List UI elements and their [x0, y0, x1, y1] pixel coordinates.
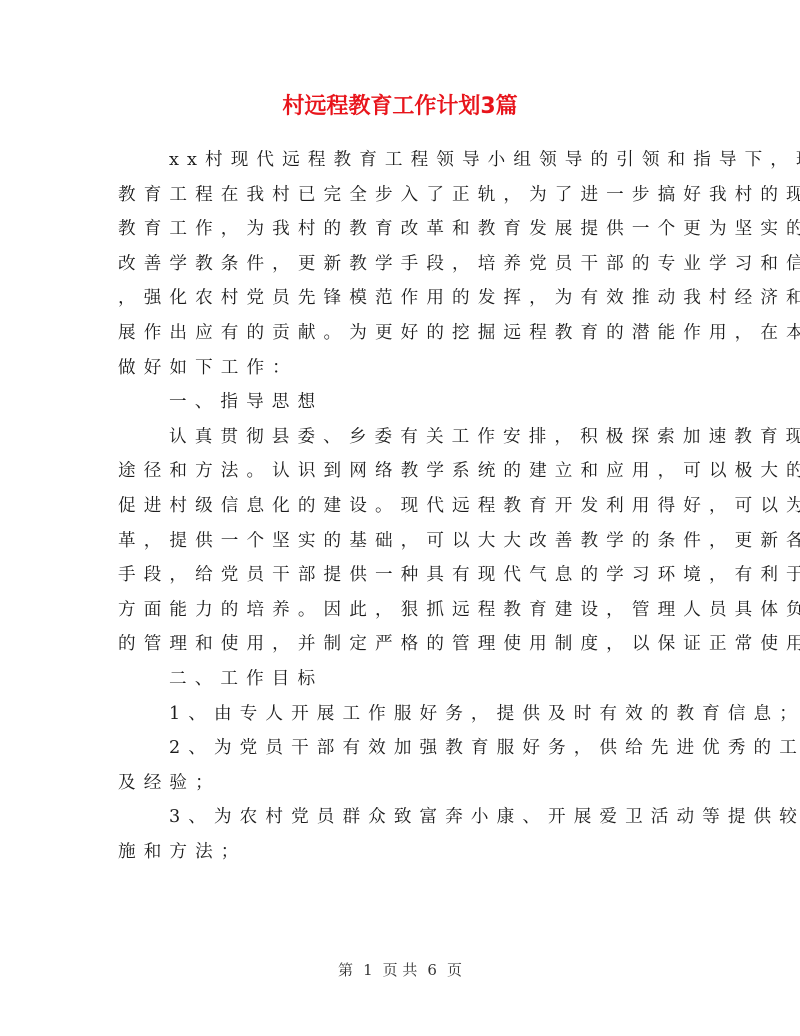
paragraph-line: 手段，给党员干部提供一种具有现代气息的学习环境，有利于党员各 — [118, 558, 688, 593]
list-item: 2、为党员干部有效加强教育服好务，供给先进优秀的工作方法阿 — [118, 731, 688, 766]
paragraph-line: 途径和方法。认识到网络教学系统的建立和应用，可以极大的刺激和 — [118, 454, 688, 489]
paragraph-line: 方面能力的培养。因此，狠抓远程教育建设，管理人员具体负责设备 — [118, 593, 688, 628]
paragraph-line: 的管理和使用，并制定严格的管理使用制度，以保证正常使用。 — [118, 627, 688, 662]
list-item-continuation: 及经验； — [118, 766, 688, 801]
section-heading: 一、指导思想 — [118, 385, 688, 420]
paragraph-line: 做好如下工作： — [118, 351, 688, 386]
paragraph-line: xx村现代远程教育工程领导小组领导的引领和指导下，现代远程 — [118, 143, 688, 178]
page-label-prefix: 第 — [338, 961, 353, 979]
page-footer: 第1页 共6页 — [0, 959, 800, 980]
total-pages-number: 6 — [427, 961, 437, 979]
paragraph-line: 教育工程在我村已完全步入了正轨，为了进一步搞好我村的现代远程 — [118, 178, 688, 213]
page-label-suffix: 页 — [447, 961, 462, 979]
document-body: xx村现代远程教育工程领导小组领导的引领和指导下，现代远程 教育工程在我村已完全… — [118, 143, 688, 869]
paragraph-line: 认真贯彻县委、乡委有关工作安排，积极探索加速教育现代化的 — [118, 420, 688, 455]
list-item-continuation: 施和方法； — [118, 835, 688, 870]
paragraph-line: 改善学教条件，更新教学手段，培养党员干部的专业学习和信息素养 — [118, 247, 688, 282]
paragraph-line: 展作出应有的贡献。为更好的挖掘远程教育的潜能作用，在本年度将 — [118, 316, 688, 351]
page-label-mid: 页 共 — [383, 961, 418, 979]
paragraph-line: 革，提供一个坚实的基础，可以大大改善教学的条件，更新各种教学 — [118, 524, 688, 559]
section-heading: 二、工作目标 — [118, 662, 688, 697]
document-page: 村远程教育工作计划3篇 xx村现代远程教育工程领导小组领导的引领和指导下，现代远… — [0, 0, 800, 1036]
list-item: 1、由专人开展工作服好务，提供及时有效的教育信息； — [118, 697, 688, 732]
paragraph-line: 教育工作，为我村的教育改革和教育发展提供一个更为坚实的基础， — [118, 212, 688, 247]
paragraph-line: ，强化农村党员先锋模范作用的发挥，为有效推动我村经济和文化发 — [118, 281, 688, 316]
list-item: 3、为农村党员群众致富奔小康、开展爱卫活动等提供较先进的措 — [118, 800, 688, 835]
current-page-number: 1 — [363, 961, 373, 979]
paragraph-line: 促进村级信息化的建设。现代远程教育开发利用得好，可以为教育改 — [118, 489, 688, 524]
document-title: 村远程教育工作计划3篇 — [0, 92, 800, 122]
